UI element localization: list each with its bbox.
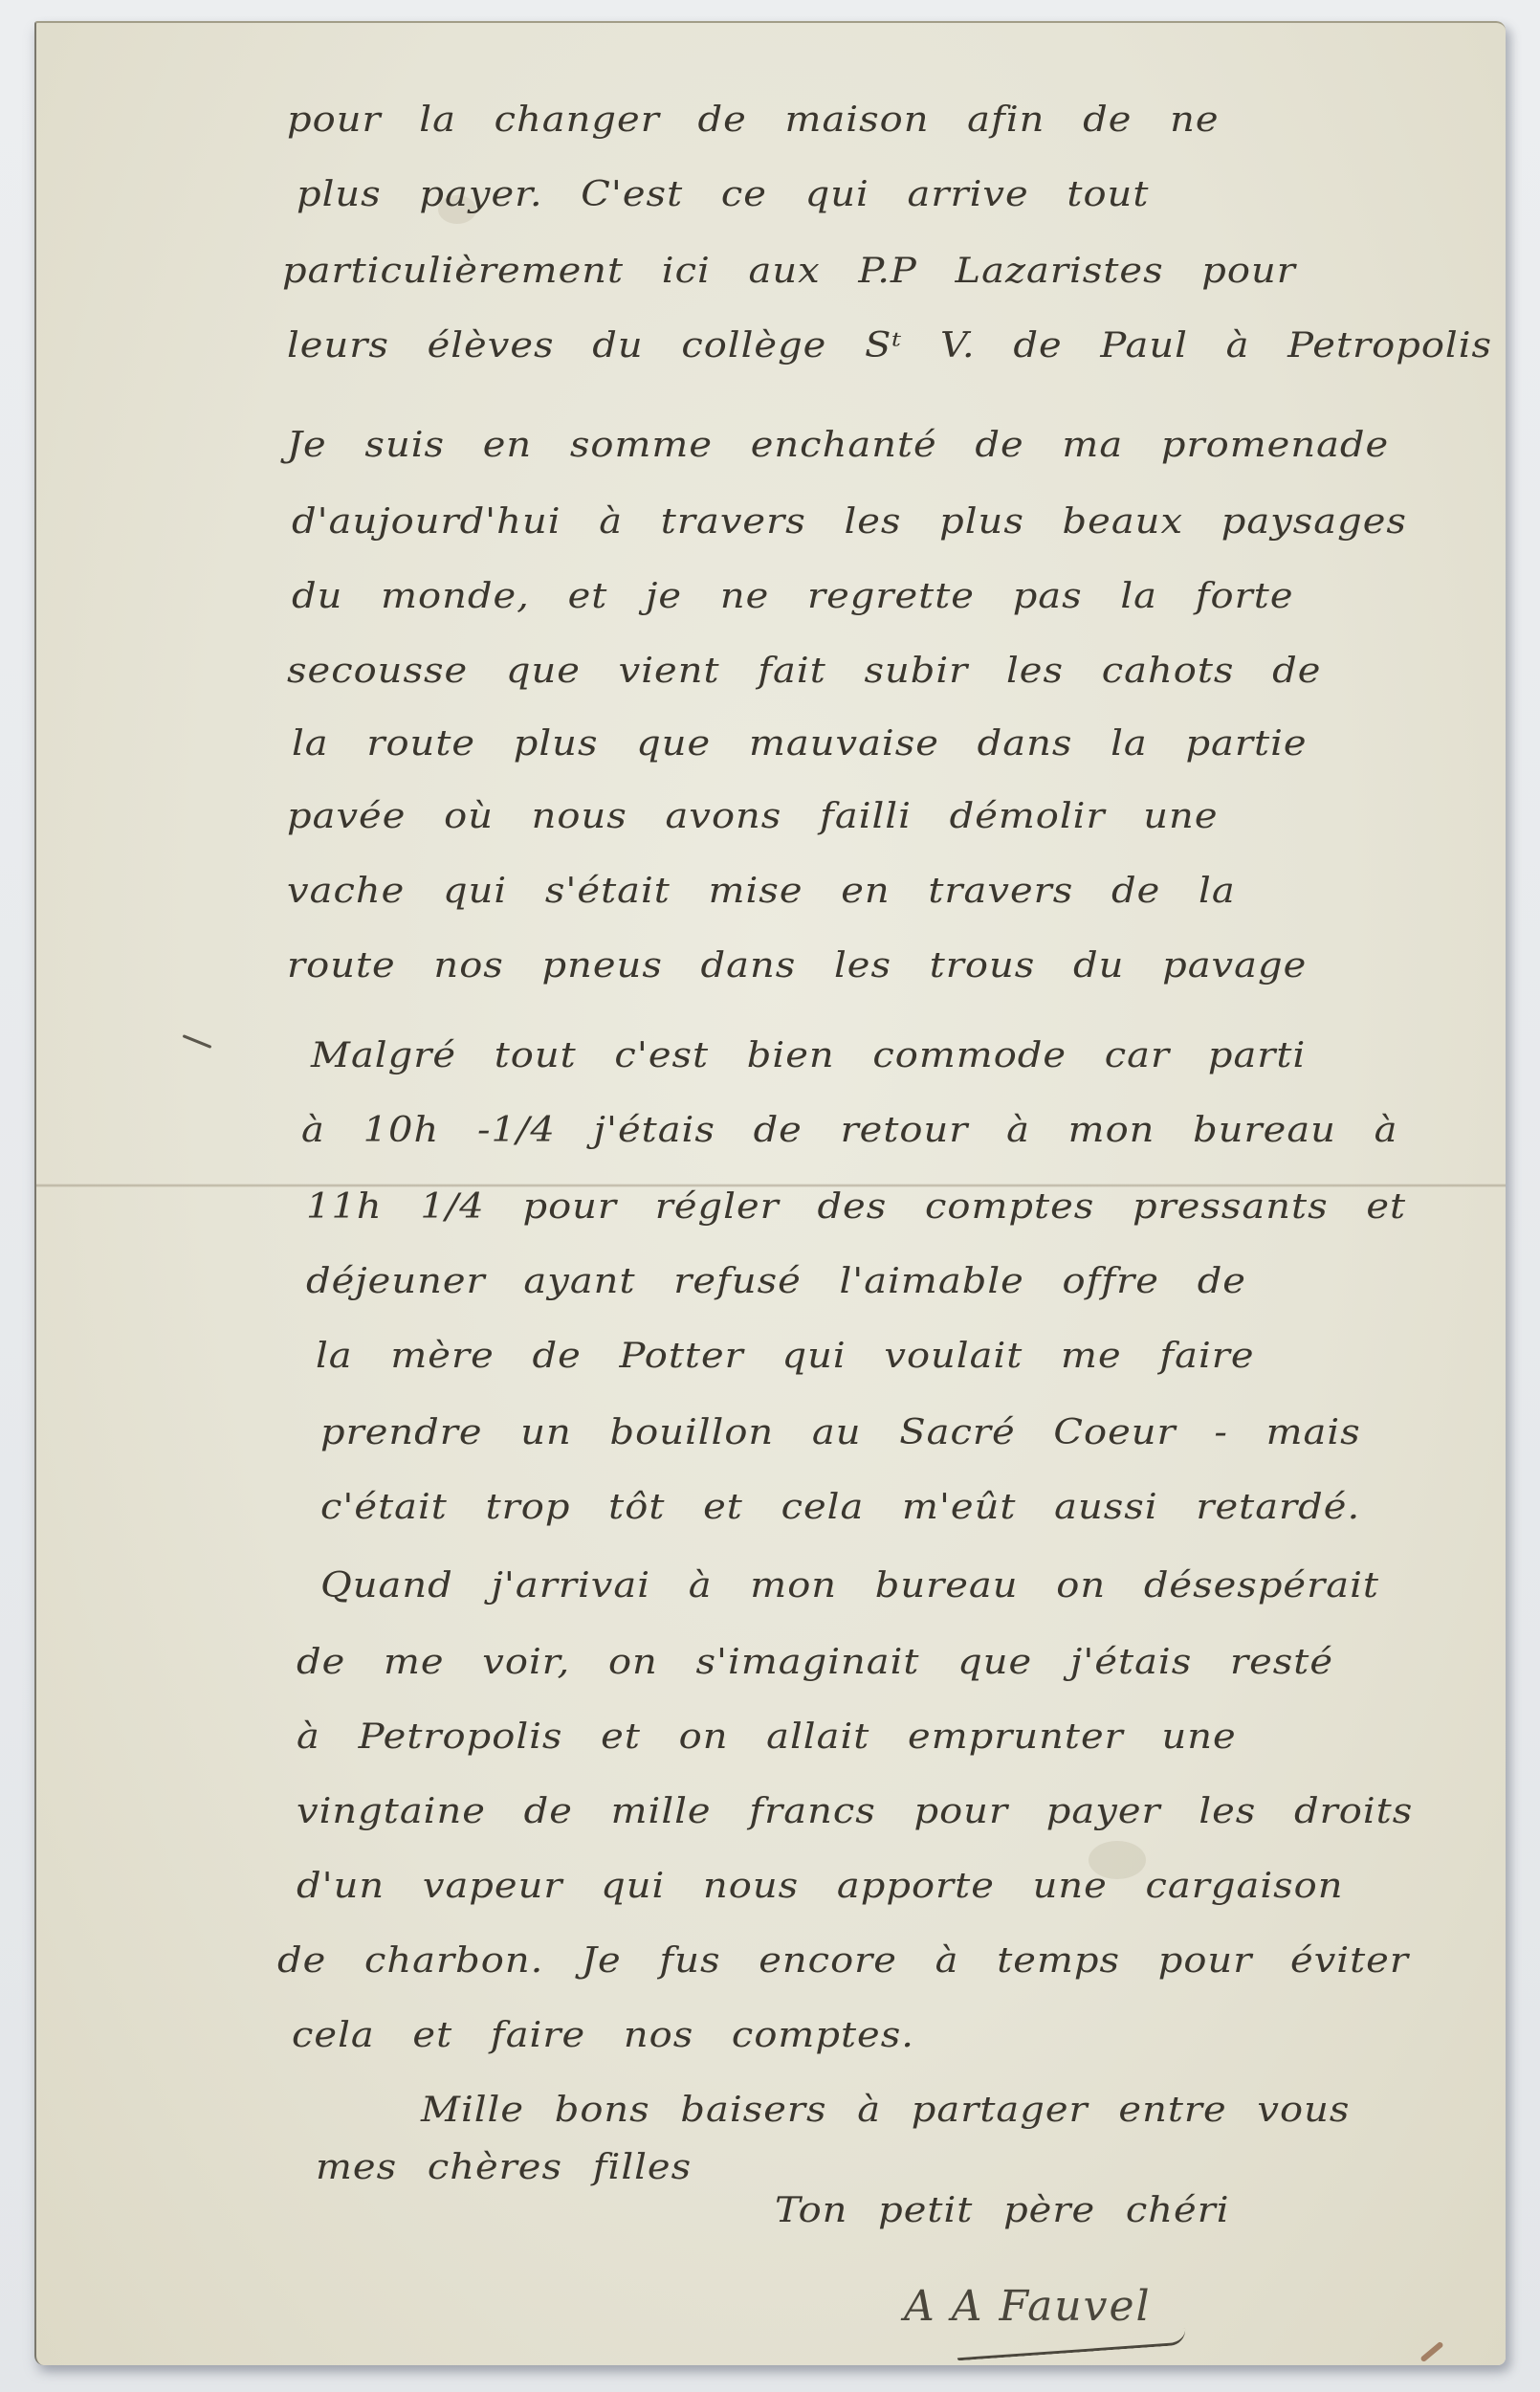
letter-line: Quand j'arrivai à mon bureau on désespér… [320, 1566, 1379, 1606]
letter-line: pavée où nous avons failli démolir une [287, 797, 1219, 836]
letter-line: c'était trop tôt et cela m'eût aussi ret… [320, 1488, 1360, 1527]
letter-line: cela et faire nos comptes. [292, 2016, 914, 2055]
letter-line: à Petropolis et on allait emprunter une [297, 1717, 1237, 1757]
letter-line: prendre un bouillon au Sacré Coeur - mai… [320, 1413, 1361, 1452]
letter-line: route nos pneus dans les trous du pavage [287, 946, 1307, 986]
letter-line: plus payer. C'est ce qui arrive tout [297, 175, 1149, 214]
letter-line: leurs élèves du collège Sᵗ V. de Paul à … [287, 326, 1492, 365]
letter-line: la mère de Potter qui voulait me faire [316, 1337, 1255, 1376]
signature: A A Fauvel [904, 2282, 1152, 2331]
letter-line: du monde, et je ne regrette pas la forte [292, 577, 1294, 616]
letter-line: déjeuner ayant refusé l'aimable offre de [306, 1262, 1246, 1301]
closing-line: mes chères filles [316, 2148, 692, 2187]
letter-line: de charbon. Je fus encore à temps pour é… [277, 1941, 1409, 1981]
letter-line: d'aujourd'hui à travers les plus beaux p… [292, 502, 1407, 542]
letter-line: Je suis en somme enchanté de ma promenad… [287, 426, 1389, 465]
letter-line: pour la changer de maison afin de ne [287, 100, 1220, 140]
letter-line: à 10h -1/4 j'étais de retour à mon burea… [301, 1111, 1398, 1150]
letter-line: Malgré tout c'est bien commode car parti [311, 1036, 1306, 1075]
letter-line: d'un vapeur qui nous apporte une cargais… [297, 1867, 1344, 1906]
valediction: Ton petit père chéri [775, 2191, 1230, 2230]
closing-line: Mille bons baisers à partager entre vous [421, 2091, 1350, 2130]
letter-line: secousse que vient fait subir les cahots… [287, 652, 1321, 691]
letter-line: vingtaine de mille francs pour payer les… [297, 1792, 1413, 1831]
letter-line: particulièrement ici aux P.P Lazaristes … [282, 252, 1296, 291]
letter-line: 11h 1/4 pour régler des comptes pressant… [306, 1187, 1406, 1227]
letter-line: de me voir, on s'imaginait que j'étais r… [297, 1643, 1333, 1682]
letter-line: vache qui s'était mise en travers de la [287, 872, 1236, 911]
letter-line: la route plus que mauvaise dans la parti… [292, 724, 1308, 764]
